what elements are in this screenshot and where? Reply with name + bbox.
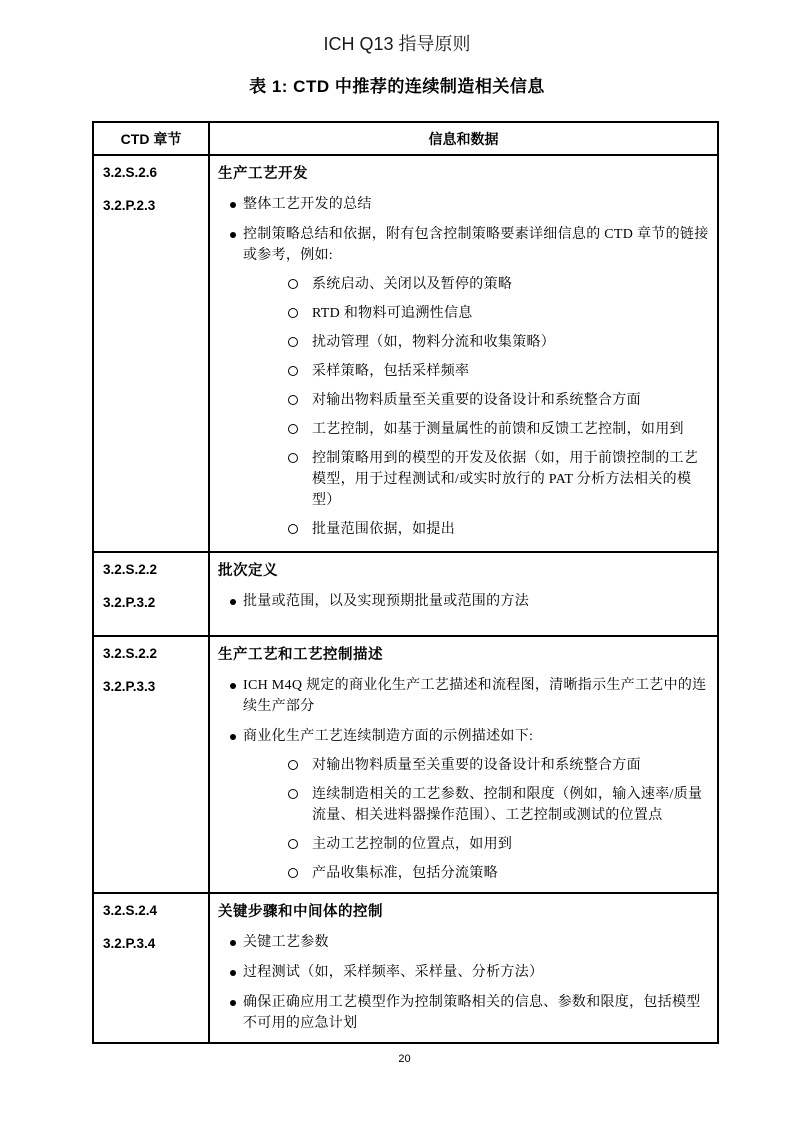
circle-bullet-icon (288, 337, 298, 347)
ctd-section-code: 3.2.S.2.2 (103, 561, 200, 580)
circle-bullet-icon (288, 366, 298, 376)
table-header-row: CTD 章节 信息和数据 (93, 122, 718, 155)
disc-bullet-icon (230, 1000, 236, 1006)
bullet-text: ICH M4Q 规定的商业化生产工艺描述和流程图，清晰指示生产工艺中的连续生产部… (243, 675, 709, 717)
sub-bullet-item: 主动工艺控制的位置点，如用到 (288, 834, 709, 855)
circle-bullet-icon (288, 308, 298, 318)
bullet-text: 连续制造相关的工艺参数、控制和限度（例如，输入速率/质量流量、相关进料器操作范围… (312, 784, 709, 826)
row-title: 生产工艺和工艺控制描述 (218, 645, 709, 666)
table-title: 表 1: CTD 中推荐的连续制造相关信息 (0, 72, 794, 97)
bullet-text: 采样策略，包括采样频率 (312, 361, 709, 382)
sub-bullet-item: 采样策略，包括采样频率 (288, 361, 709, 382)
ctd-section-code: 3.2.S.2.6 (103, 164, 200, 183)
bullet-text: 整体工艺开发的总结 (243, 194, 709, 215)
bullet-item: 商业化生产工艺连续制造方面的示例描述如下: (230, 726, 709, 747)
bullet-text: 商业化生产工艺连续制造方面的示例描述如下: (243, 726, 709, 747)
document-page: ICH Q13 指导原则 表 1: CTD 中推荐的连续制造相关信息 CTD 章… (0, 0, 794, 1123)
document-header: ICH Q13 指导原则 (0, 0, 794, 56)
circle-bullet-icon (288, 789, 298, 799)
sub-bullet-item: 控制策略用到的模型的开发及依据（如，用于前馈控制的工艺模型，用于过程测试和/或实… (288, 448, 709, 511)
bullet-item: 控制策略总结和依据，附有包含控制策略要素详细信息的 CTD 章节的链接或参考，例… (230, 224, 709, 266)
bullet-text: 控制策略用到的模型的开发及依据（如，用于前馈控制的工艺模型，用于过程测试和/或实… (312, 448, 709, 511)
bullet-text: 关键工艺参数 (243, 932, 709, 953)
ctd-section-code: 3.2.S.2.4 (103, 902, 200, 921)
table-row: 3.2.S.2.23.2.P.3.2批次定义批量或范围，以及实现预期批量或范围的… (93, 552, 718, 636)
sub-bullet-item: 对输出物料质量至关重要的设备设计和系统整合方面 (288, 755, 709, 776)
bullet-item: 整体工艺开发的总结 (230, 194, 709, 215)
sub-bullet-item: 对输出物料质量至关重要的设备设计和系统整合方面 (288, 390, 709, 411)
bullet-text: 批量范围依据，如提出 (312, 519, 709, 540)
ctd-section-code: 3.2.P.3.3 (103, 678, 200, 697)
bullet-text: 确保正确应用工艺模型作为控制策略相关的信息、参数和限度，包括模型不可用的应急计划 (243, 992, 709, 1034)
circle-bullet-icon (288, 524, 298, 534)
sub-bullet-item: RTD 和物料可追溯性信息 (288, 303, 709, 324)
sub-bullet-item: 批量范围依据，如提出 (288, 519, 709, 540)
sub-bullet-item: 工艺控制，如基于测量属性的前馈和反馈工艺控制，如用到 (288, 419, 709, 440)
disc-bullet-icon (230, 970, 236, 976)
disc-bullet-icon (230, 940, 236, 946)
ctd-section-code: 3.2.P.2.3 (103, 197, 200, 216)
bullet-item: 过程测试（如，采样频率、采样量、分析方法） (230, 962, 709, 983)
info-cell: 生产工艺和工艺控制描述ICH M4Q 规定的商业化生产工艺描述和流程图，清晰指示… (209, 636, 718, 893)
info-cell: 生产工艺开发整体工艺开发的总结控制策略总结和依据，附有包含控制策略要素详细信息的… (209, 155, 718, 552)
sub-bullet-item: 连续制造相关的工艺参数、控制和限度（例如，输入速率/质量流量、相关进料器操作范围… (288, 784, 709, 826)
bullet-item: 确保正确应用工艺模型作为控制策略相关的信息、参数和限度，包括模型不可用的应急计划 (230, 992, 709, 1034)
bullet-item: 批量或范围，以及实现预期批量或范围的方法 (230, 591, 709, 612)
bullet-text: 产品收集标准，包括分流策略 (312, 863, 709, 884)
bullet-text: 对输出物料质量至关重要的设备设计和系统整合方面 (312, 390, 709, 411)
table-row: 3.2.S.2.43.2.P.3.4关键步骤和中间体的控制关键工艺参数过程测试（… (93, 893, 718, 1043)
circle-bullet-icon (288, 839, 298, 849)
bullet-text: 过程测试（如，采样频率、采样量、分析方法） (243, 962, 709, 983)
col-header-info-data: 信息和数据 (209, 122, 718, 155)
circle-bullet-icon (288, 868, 298, 878)
bullet-text: RTD 和物料可追溯性信息 (312, 303, 709, 324)
disc-bullet-icon (230, 599, 236, 605)
disc-bullet-icon (230, 683, 236, 689)
ctd-section-cell: 3.2.S.2.43.2.P.3.4 (93, 893, 209, 1043)
info-cell: 批次定义批量或范围，以及实现预期批量或范围的方法 (209, 552, 718, 636)
table-row: 3.2.S.2.63.2.P.2.3生产工艺开发整体工艺开发的总结控制策略总结和… (93, 155, 718, 552)
circle-bullet-icon (288, 279, 298, 289)
bullet-text: 主动工艺控制的位置点，如用到 (312, 834, 709, 855)
ctd-section-code: 3.2.S.2.2 (103, 645, 200, 664)
bullet-text: 工艺控制，如基于测量属性的前馈和反馈工艺控制，如用到 (312, 419, 709, 440)
disc-bullet-icon (230, 734, 236, 740)
circle-bullet-icon (288, 453, 298, 463)
sub-bullet-item: 扰动管理（如，物料分流和收集策略） (288, 332, 709, 353)
row-title: 关键步骤和中间体的控制 (218, 902, 709, 923)
bullet-text: 控制策略总结和依据，附有包含控制策略要素详细信息的 CTD 章节的链接或参考，例… (243, 224, 709, 266)
ctd-section-code: 3.2.P.3.2 (103, 594, 200, 613)
circle-bullet-icon (288, 424, 298, 434)
bullet-text: 批量或范围，以及实现预期批量或范围的方法 (243, 591, 709, 612)
ctd-section-cell: 3.2.S.2.23.2.P.3.3 (93, 636, 209, 893)
col-header-ctd-section: CTD 章节 (93, 122, 209, 155)
ctd-section-cell: 3.2.S.2.63.2.P.2.3 (93, 155, 209, 552)
ctd-section-code: 3.2.P.3.4 (103, 935, 200, 954)
bullet-item: 关键工艺参数 (230, 932, 709, 953)
table-row: 3.2.S.2.23.2.P.3.3生产工艺和工艺控制描述ICH M4Q 规定的… (93, 636, 718, 893)
page-number: 20 (92, 1053, 717, 1065)
info-cell: 关键步骤和中间体的控制关键工艺参数过程测试（如，采样频率、采样量、分析方法）确保… (209, 893, 718, 1043)
disc-bullet-icon (230, 232, 236, 238)
ctd-table: CTD 章节 信息和数据 3.2.S.2.63.2.P.2.3生产工艺开发整体工… (92, 121, 719, 1044)
row-title: 批次定义 (218, 561, 709, 582)
ctd-section-cell: 3.2.S.2.23.2.P.3.2 (93, 552, 209, 636)
bullet-item: ICH M4Q 规定的商业化生产工艺描述和流程图，清晰指示生产工艺中的连续生产部… (230, 675, 709, 717)
bullet-text: 系统启动、关闭以及暂停的策略 (312, 274, 709, 295)
circle-bullet-icon (288, 395, 298, 405)
row-title: 生产工艺开发 (218, 164, 709, 185)
disc-bullet-icon (230, 202, 236, 208)
bullet-text: 对输出物料质量至关重要的设备设计和系统整合方面 (312, 755, 709, 776)
circle-bullet-icon (288, 760, 298, 770)
sub-bullet-item: 系统启动、关闭以及暂停的策略 (288, 274, 709, 295)
bullet-text: 扰动管理（如，物料分流和收集策略） (312, 332, 709, 353)
sub-bullet-item: 产品收集标准，包括分流策略 (288, 863, 709, 884)
